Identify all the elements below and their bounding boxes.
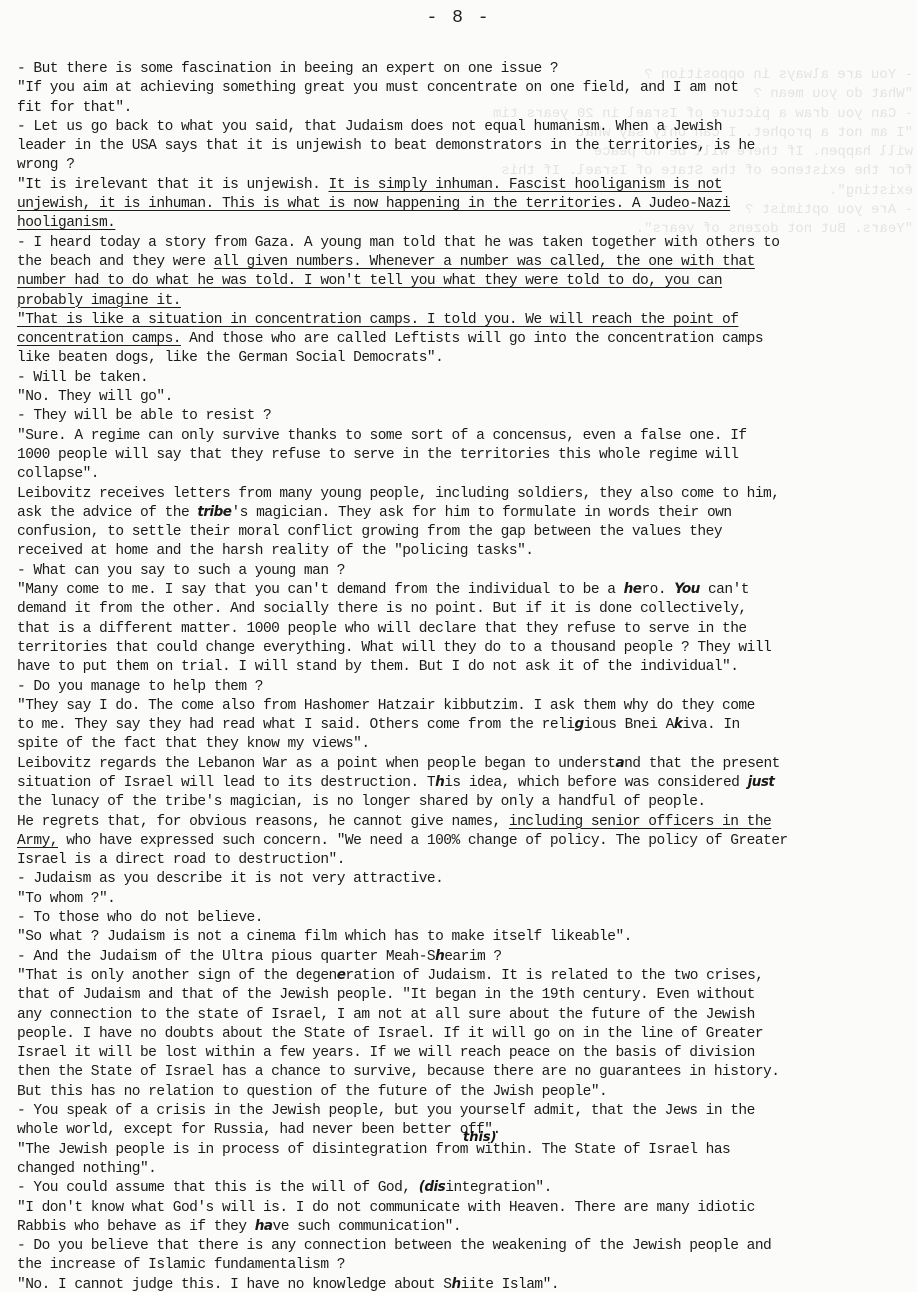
text-line: "Many come to me. I say that you can't d…: [17, 580, 880, 599]
text-run: - Will be taken.: [17, 369, 148, 386]
text-run: - You speak of a crisis in the Jewish pe…: [17, 1102, 755, 1119]
text-line: - Let us go back to what you said, that …: [17, 117, 880, 136]
text-run: - I heard today a story from Gaza. A you…: [17, 234, 779, 251]
text-run: Israel is a direct road to destruction".: [17, 851, 345, 868]
text-line: to me. They say they had read what I sai…: [17, 715, 880, 734]
text-run: earim ?: [444, 948, 501, 965]
text-line: people. I have no doubts about the State…: [17, 1024, 880, 1043]
text-run: the beach and they were: [17, 253, 214, 270]
text-run: demand it from the other. And socially t…: [17, 600, 747, 617]
text-run: then the State of Israel has a chance to…: [17, 1063, 779, 1080]
text-run: is idea, which before was considered: [444, 774, 747, 791]
text-run: "I don't know what God's will is. I do n…: [17, 1199, 755, 1216]
text-line: "To whom ?".: [17, 889, 880, 908]
handwritten-correction: tribe: [197, 504, 231, 520]
text-run: people. I have no doubts about the State…: [17, 1025, 763, 1042]
text-line: leader in the USA says that it is unjewi…: [17, 136, 880, 155]
text-line: "I don't know what God's will is. I do n…: [17, 1198, 880, 1217]
text-run: Leibovitz receives letters from many you…: [17, 485, 779, 502]
text-line: - But there is some fascination in beein…: [17, 59, 880, 78]
text-run: iva. In: [682, 716, 739, 733]
text-line: Rabbis who behave as if they have such c…: [17, 1217, 880, 1236]
text-run: "If you aim at achieving something great…: [17, 79, 738, 96]
handwritten-correction: k: [674, 716, 683, 732]
text-line: - Do you manage to help them ?: [17, 677, 880, 696]
text-run: fit for that".: [17, 99, 132, 116]
text-run: situation of Israel will lead to its des…: [17, 774, 435, 791]
text-run: Israel it will be lost within a few year…: [17, 1044, 755, 1061]
underlined-text: including senior officers in the: [509, 813, 771, 830]
text-run: ask the advice of the: [17, 504, 197, 521]
underlined-text: all given numbers. Whenever a number was…: [214, 253, 755, 270]
text-line: - They will be able to resist ?: [17, 406, 880, 425]
text-run: 's magician. They ask for him to formula…: [231, 504, 731, 521]
text-run: "To whom ?".: [17, 890, 115, 907]
text-line: - To those who do not believe.: [17, 908, 880, 927]
text-run: "No. I cannot judge this. I have no know…: [17, 1276, 451, 1292]
text-line: - I heard today a story from Gaza. A you…: [17, 233, 880, 252]
text-run: integration".: [445, 1179, 552, 1196]
text-run: "They say I do. The come also from Hasho…: [17, 697, 755, 714]
text-run: the increase of Islamic fundamentalism ?: [17, 1256, 345, 1273]
text-run: - And the Judaism of the Ultra pious qua…: [17, 948, 435, 965]
text-run: territories that could change everything…: [17, 639, 771, 656]
text-line: He regrets that, for obvious reasons, he…: [17, 812, 880, 831]
text-line: collapse".: [17, 464, 880, 483]
text-line: wrong ?: [17, 155, 880, 174]
text-run: 1000 people will say that they refuse to…: [17, 446, 738, 463]
text-run: Leibovitz regards the Lebanon War as a p…: [17, 755, 615, 772]
text-line: - Do you believe that there is any conne…: [17, 1236, 880, 1255]
text-run: the lunacy of the tribe's magician, is n…: [17, 793, 706, 810]
text-line: Leibovitz regards the Lebanon War as a p…: [17, 754, 880, 773]
text-run: ro.: [641, 581, 674, 598]
text-run: - To those who do not believe.: [17, 909, 263, 926]
text-run: "Many come to me. I say that you can't d…: [17, 581, 624, 598]
text-line: Army, who have expressed such concern. "…: [17, 831, 880, 850]
text-line: territories that could change everything…: [17, 638, 880, 657]
underlined-text: probably imagine it.: [17, 292, 181, 309]
text-line: "The Jewish people is in process of disi…: [17, 1140, 880, 1159]
text-run: ration of Judaism. It is related to the …: [345, 967, 763, 984]
text-line: confusion, to settle their moral conflic…: [17, 522, 880, 541]
text-run: And those who are called Leftists will g…: [181, 330, 763, 347]
text-line: concentration camps. And those who are c…: [17, 329, 880, 348]
handwritten-annotation-this: this): [463, 1130, 497, 1145]
text-line: spite of the fact that they know my view…: [17, 734, 880, 753]
underlined-text: unjewish, it is inhuman. This is what is…: [17, 195, 730, 212]
text-line: that is a different matter. 1000 people …: [17, 619, 880, 638]
text-line: like beaten dogs, like the German Social…: [17, 348, 880, 367]
text-line: "It is irelevant that it is unjewish. It…: [17, 175, 880, 194]
text-run: - But there is some fascination in beein…: [17, 60, 558, 77]
document-body: - But there is some fascination in beein…: [17, 59, 880, 1292]
text-run: "The Jewish people is in process of disi…: [17, 1141, 730, 1158]
text-line: "No. They will go".: [17, 387, 880, 406]
handwritten-correction: (dis: [419, 1179, 446, 1195]
underlined-text: "That is like a situation in concentrati…: [17, 311, 738, 328]
handwritten-correction: e: [337, 967, 346, 983]
text-run: collapse".: [17, 465, 99, 482]
handwritten-correction: h: [451, 1276, 460, 1292]
text-run: But this has no relation to question of …: [17, 1083, 607, 1100]
page-number: - 8 -: [0, 8, 917, 28]
text-run: "It is irelevant that it is unjewish.: [17, 176, 329, 193]
text-run: - What can you say to such a young man ?: [17, 562, 345, 579]
text-run: - You could assume that this is the will…: [17, 1179, 419, 1196]
text-line: received at home and the harsh reality o…: [17, 541, 880, 560]
text-run: Rabbis who behave as if they: [17, 1218, 255, 1235]
underlined-text: hooliganism.: [17, 214, 115, 231]
text-run: like beaten dogs, like the German Social…: [17, 349, 443, 366]
text-line: Israel is a direct road to destruction".: [17, 850, 880, 869]
handwritten-correction: You: [674, 581, 699, 597]
text-run: to me. They say they had read what I sai…: [17, 716, 574, 733]
text-run: iite Islam".: [461, 1276, 559, 1292]
text-run: any connection to the state of Israel, I…: [17, 1006, 755, 1023]
text-run: that of Judaism and that of the Jewish p…: [17, 986, 755, 1003]
text-line: ask the advice of the tribe's magician. …: [17, 503, 880, 522]
text-line: "No. I cannot judge this. I have no know…: [17, 1275, 880, 1292]
text-run: - They will be able to resist ?: [17, 407, 271, 424]
text-run: that is a different matter. 1000 people …: [17, 620, 747, 637]
text-line: "They say I do. The come also from Hasho…: [17, 696, 880, 715]
text-run: changed nothing".: [17, 1160, 156, 1177]
text-run: whole world, except for Russia, had neve…: [17, 1121, 501, 1138]
text-line: demand it from the other. And socially t…: [17, 599, 880, 618]
text-run: ious Bnei A: [584, 716, 674, 733]
text-line: have to put them on trial. I will stand …: [17, 657, 880, 676]
text-line: - Judaism as you describe it is not very…: [17, 869, 880, 888]
text-run: wrong ?: [17, 156, 74, 173]
text-line: "Sure. A regime can only survive thanks …: [17, 426, 880, 445]
text-run: - Do you believe that there is any conne…: [17, 1237, 771, 1254]
text-run: - Judaism as you describe it is not very…: [17, 870, 443, 887]
text-line: fit for that".: [17, 98, 880, 117]
handwritten-correction: g: [574, 716, 583, 732]
text-line: "So what ? Judaism is not a cinema film …: [17, 927, 880, 946]
text-line: 1000 people will say that they refuse to…: [17, 445, 880, 464]
handwritten-correction: a: [615, 755, 624, 771]
text-line: "If you aim at achieving something great…: [17, 78, 880, 97]
text-run: ve such communication".: [273, 1218, 462, 1235]
text-line: - You could assume that this is the will…: [17, 1178, 880, 1197]
text-line: But this has no relation to question of …: [17, 1082, 880, 1101]
text-line: Israel it will be lost within a few year…: [17, 1043, 880, 1062]
handwritten-correction: he: [624, 581, 642, 597]
text-line: the beach and they were all given number…: [17, 252, 880, 271]
text-line: changed nothing".: [17, 1159, 880, 1178]
text-run: who have expressed such concern. "We nee…: [58, 832, 788, 849]
text-line: number had to do what he was told. I won…: [17, 271, 880, 290]
text-line: any connection to the state of Israel, I…: [17, 1005, 880, 1024]
text-line: Leibovitz receives letters from many you…: [17, 484, 880, 503]
text-run: He regrets that, for obvious reasons, he…: [17, 813, 509, 830]
underlined-text: concentration camps.: [17, 330, 181, 347]
text-line: - Will be taken.: [17, 368, 880, 387]
text-run: received at home and the harsh reality o…: [17, 542, 533, 559]
text-run: leader in the USA says that it is unjewi…: [17, 137, 755, 154]
handwritten-correction: ha: [255, 1218, 273, 1234]
text-line: hooliganism.: [17, 213, 880, 232]
handwritten-correction: just: [748, 774, 775, 790]
text-run: spite of the fact that they know my view…: [17, 735, 370, 752]
underlined-text: number had to do what he was told. I won…: [17, 272, 722, 289]
text-run: nd that the present: [624, 755, 780, 772]
text-line: that of Judaism and that of the Jewish p…: [17, 985, 880, 1004]
text-run: "So what ? Judaism is not a cinema film …: [17, 928, 632, 945]
text-line: then the State of Israel has a chance to…: [17, 1062, 880, 1081]
text-line: "That is only another sign of the degene…: [17, 966, 880, 985]
text-run: have to put them on trial. I will stand …: [17, 658, 738, 675]
text-run: - Let us go back to what you said, that …: [17, 118, 722, 135]
text-line: the lunacy of the tribe's magician, is n…: [17, 792, 880, 811]
text-line: - And the Judaism of the Ultra pious qua…: [17, 947, 880, 966]
text-run: can't: [700, 581, 749, 598]
text-line: probably imagine it.: [17, 291, 880, 310]
underlined-text: Army,: [17, 832, 58, 849]
text-run: "Sure. A regime can only survive thanks …: [17, 427, 747, 444]
text-run: confusion, to settle their moral conflic…: [17, 523, 722, 540]
text-line: whole world, except for Russia, had neve…: [17, 1120, 880, 1139]
text-run: - Do you manage to help them ?: [17, 678, 263, 695]
text-line: situation of Israel will lead to its des…: [17, 773, 880, 792]
text-line: the increase of Islamic fundamentalism ?: [17, 1255, 880, 1274]
text-run: "No. They will go".: [17, 388, 173, 405]
text-line: "That is like a situation in concentrati…: [17, 310, 880, 329]
text-run: "That is only another sign of the degen: [17, 967, 337, 984]
text-line: unjewish, it is inhuman. This is what is…: [17, 194, 880, 213]
text-line: - You speak of a crisis in the Jewish pe…: [17, 1101, 880, 1120]
underlined-text: It is simply inhuman. Fascist hooliganis…: [329, 176, 723, 193]
text-line: - What can you say to such a young man ?: [17, 561, 880, 580]
